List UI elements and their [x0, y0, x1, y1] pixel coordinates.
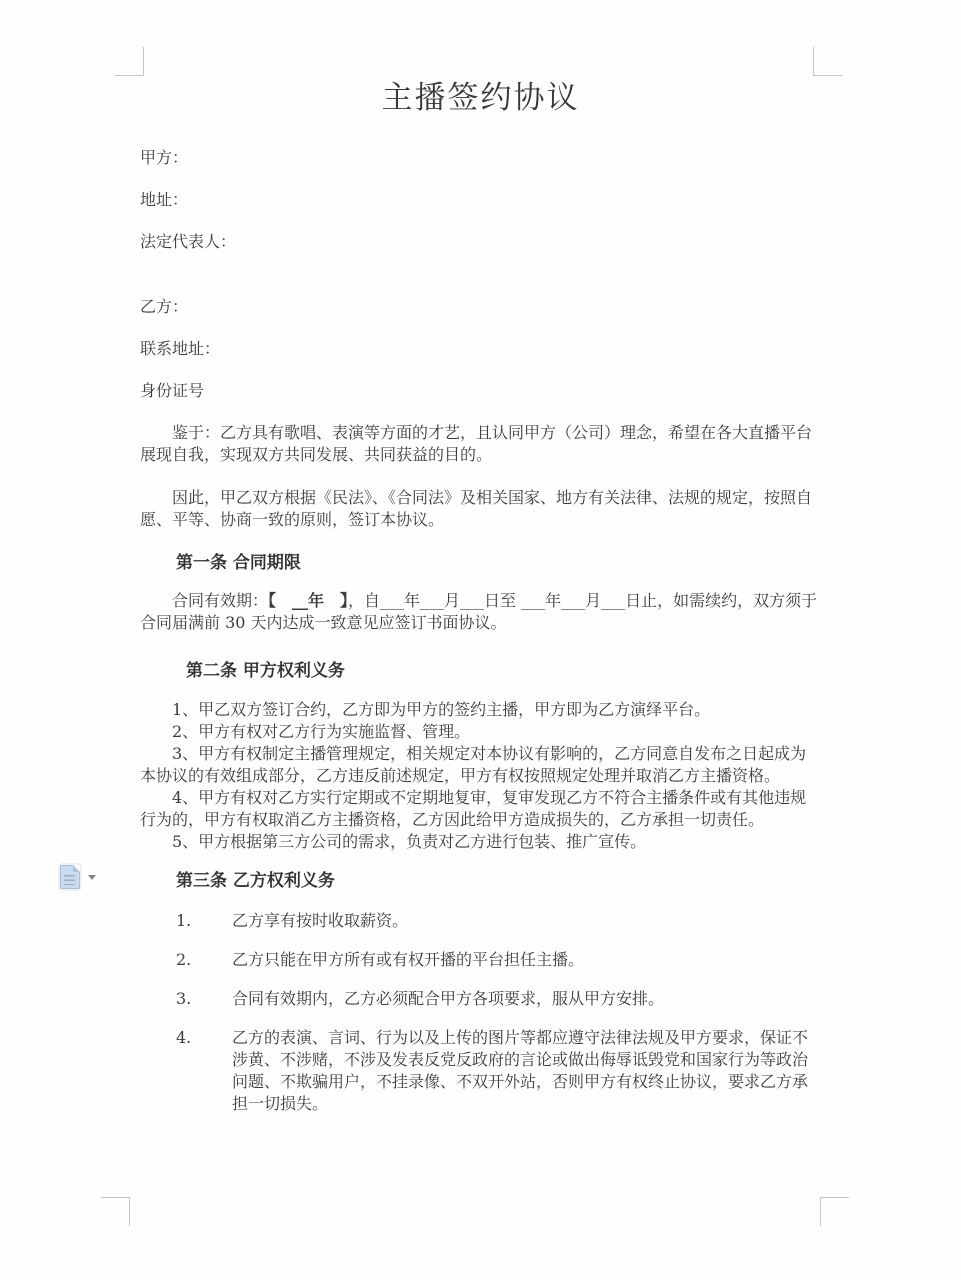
- article3-item-1: 1. 乙方享有按时收取薪资。: [140, 910, 821, 932]
- list-text: 乙方只能在甲方所有或有权开播的平台担任主播。: [232, 949, 821, 971]
- list-number: 4.: [176, 1027, 232, 1115]
- article2-item-2: 2、甲方有权对乙方行为实施监督、管理。: [140, 721, 821, 743]
- term-bracket: 【 __年 】: [268, 591, 348, 610]
- margin-crop-mark-bottom-right: [820, 1197, 849, 1226]
- document-icon[interactable]: [60, 865, 80, 889]
- article2-item-4: 4、甲方有权对乙方实行定期或不定期地复审，复审发现乙方不符合主播条件或有其他违规…: [140, 787, 821, 831]
- chevron-down-icon[interactable]: [88, 875, 96, 880]
- list-text: 乙方享有按时收取薪资。: [232, 910, 821, 932]
- preamble-therefore: 因此，甲乙双方根据《民法》、《合同法》及相关国家、地方有关法律、法规的规定，按照…: [140, 487, 821, 531]
- field-party-a: 甲方：: [140, 147, 821, 169]
- article2-item-3: 3、甲方有权制定主播管理规定，相关规定对本协议有影响的，乙方同意自发布之日起成为…: [140, 743, 821, 787]
- list-number: 1.: [176, 910, 232, 932]
- article2-item-1: 1、甲乙双方签订合约，乙方即为甲方的签约主播，甲方即为乙方演绎平台。: [140, 699, 821, 721]
- article1-term: 合同有效期：【 __年 】，自___年___月___日至 ___年___月___…: [140, 590, 821, 634]
- list-text: 乙方的表演、言词、行为以及上传的图片等都应遵守法律法规及甲方要求，保证不涉黄、不…: [232, 1027, 821, 1115]
- document-title: 主播签约协议: [140, 78, 821, 118]
- article2-items: 1、甲乙双方签订合约，乙方即为甲方的签约主播，甲方即为乙方演绎平台。 2、甲方有…: [140, 699, 821, 853]
- document-content: 主播签约协议 甲方： 地址： 法定代表人： 乙方： 联系地址： 身份证号 鉴于：…: [140, 64, 821, 1115]
- article3-item-4: 4. 乙方的表演、言词、行为以及上传的图片等都应遵守法律法规及甲方要求，保证不涉…: [140, 1027, 821, 1115]
- margin-crop-mark-bottom-left: [101, 1197, 130, 1226]
- article3-heading: 第三条 乙方权利义务: [140, 870, 821, 892]
- article3-item-3: 3. 合同有效期内，乙方必须配合甲方各项要求，服从甲方安排。: [140, 988, 821, 1010]
- article3-items: 1. 乙方享有按时收取薪资。 2. 乙方只能在甲方所有或有权开播的平台担任主播。…: [140, 910, 821, 1115]
- embedded-object-button[interactable]: [60, 862, 106, 892]
- document-text-lines: [64, 875, 75, 885]
- preamble-whereas: 鉴于：乙方具有歌唱、表演等方面的才艺，且认同甲方（公司）理念，希望在各大直播平台…: [140, 422, 821, 466]
- article3-item-2: 2. 乙方只能在甲方所有或有权开播的平台担任主播。: [140, 949, 821, 971]
- field-id-number: 身份证号: [140, 380, 821, 402]
- list-text: 合同有效期内，乙方必须配合甲方各项要求，服从甲方安排。: [232, 988, 821, 1010]
- field-contact-address: 联系地址：: [140, 338, 821, 360]
- article1-heading: 第一条 合同期限: [140, 552, 821, 574]
- list-number: 3.: [176, 988, 232, 1010]
- field-party-b: 乙方：: [140, 296, 821, 318]
- party-fields: 甲方： 地址： 法定代表人： 乙方： 联系地址： 身份证号: [140, 147, 821, 402]
- article2-item-5: 5、甲方根据第三方公司的需求，负责对乙方进行包装、推广宣传。: [140, 831, 821, 853]
- article2-heading: 第二条 甲方权利义务: [140, 660, 821, 682]
- list-number: 2.: [176, 949, 232, 971]
- field-legal-representative: 法定代表人：: [140, 231, 821, 253]
- field-address: 地址：: [140, 189, 821, 211]
- term-prefix: 合同有效期：: [172, 591, 268, 610]
- document-page: 主播签约协议 甲方： 地址： 法定代表人： 乙方： 联系地址： 身份证号 鉴于：…: [0, 0, 961, 1280]
- folded-corner: [73, 865, 80, 872]
